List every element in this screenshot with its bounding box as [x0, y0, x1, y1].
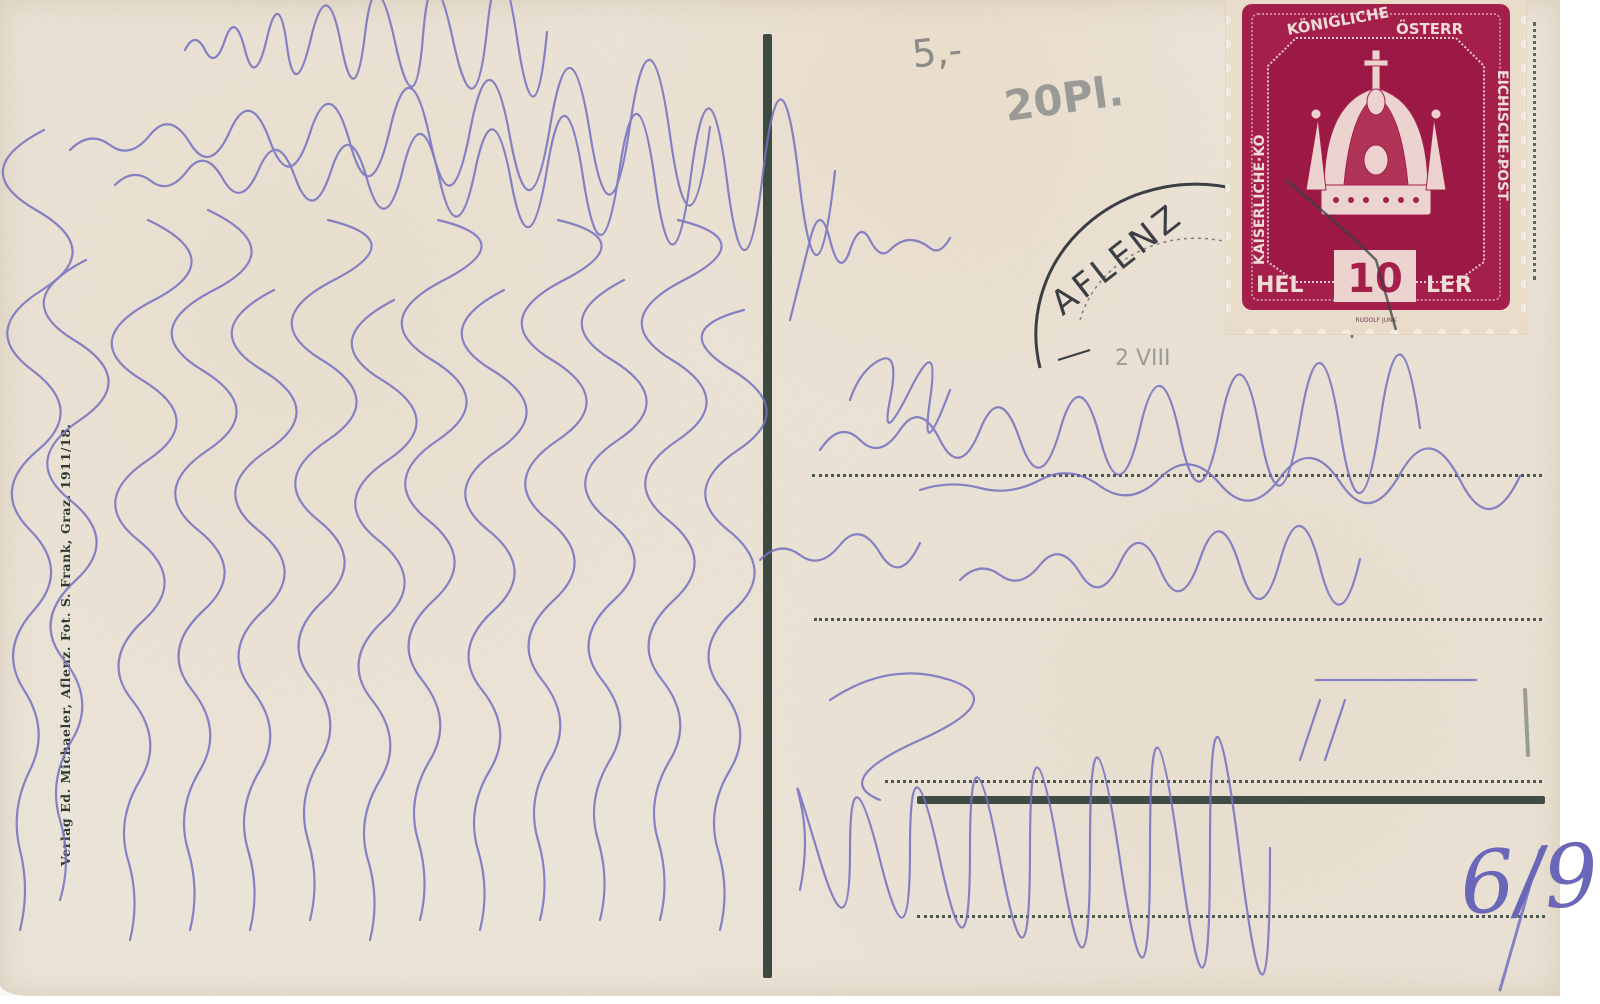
- address-house-number: 6/9: [1457, 825, 1600, 934]
- postcard-back: Verlag Ed. Michaeler, Aflenz. Fot. S. Fr…: [0, 0, 1560, 996]
- handwritten-message: [0, 0, 1560, 996]
